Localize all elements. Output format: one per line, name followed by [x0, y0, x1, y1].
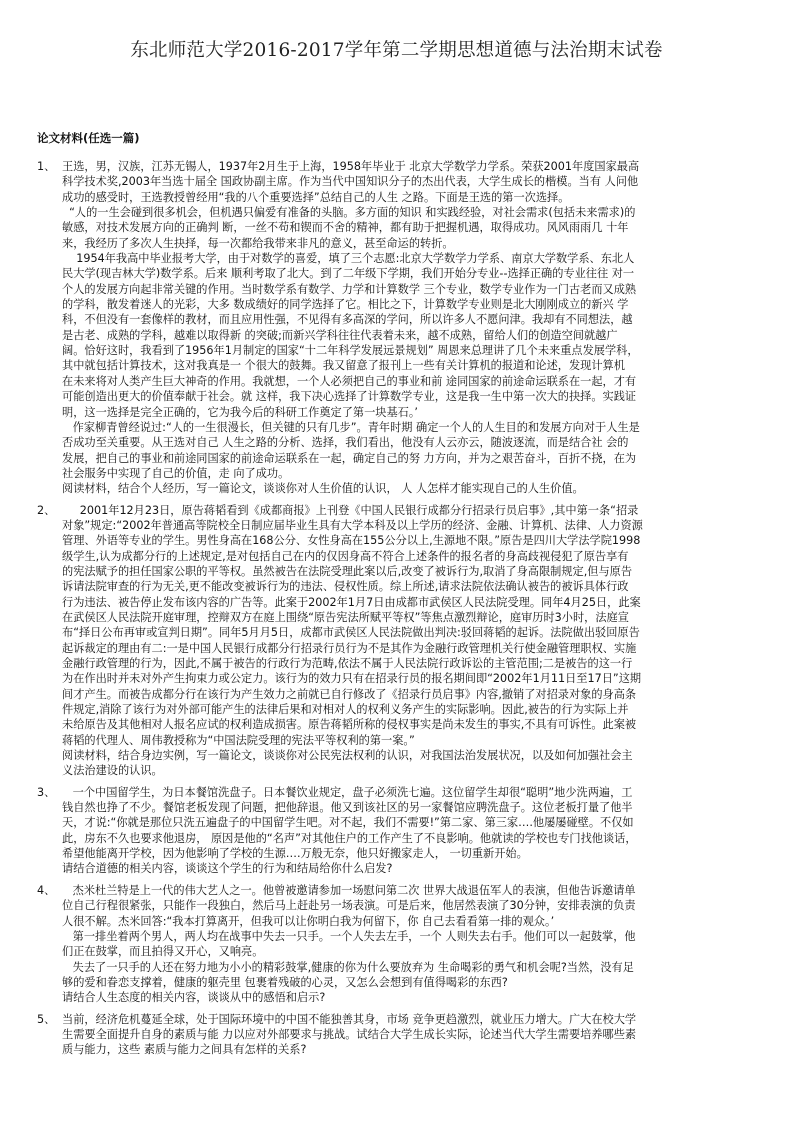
item-number: 2、: [37, 503, 55, 518]
text-line: 阅读材料，结合身边实例，写一篇论文，谈谈你对公民宪法权利的认识，对我国法治发展状…: [62, 748, 767, 763]
text-line: 起诉裁定的理由有二:一是中国人民银行成都分行招录行员行为不是其作为金融行政管理机…: [62, 641, 767, 656]
section-heading: 论文材料(任选一篇): [37, 130, 140, 146]
text-line: 件规定,消除了该行为对外部可能产生的法律后果和对相对人的权利义务产生的实际影响。…: [62, 702, 767, 717]
essay-material-item: 4、 杰米杜兰特是上一代的伟大艺人之一。他曾被邀请参加一场慰问第二次 世界大战退…: [37, 883, 767, 1006]
text-line: 布“择日公布再审或宣判日期”。同年5月月5日，成都市武侯区人民法院做出判决:驳回…: [62, 625, 767, 640]
text-line: 失去了一只手的人还在努力地为小小的精彩鼓掌,健康的你为什么要放弃为 生命喝彩的勇…: [62, 960, 767, 975]
text-line: 发展，把自己的事业和前途同国家的前途命运联系在一起，确定自己的努 力方向，并为之…: [62, 451, 767, 466]
text-line: 希望他能离开学校，因为他影响了学校的生源….万般无奈，他只好搬家走人， 一切重新…: [62, 846, 767, 861]
essay-material-item: 2、 2001年12月23日，原告蒋韬看到《成都商报》上刊登《中国人民银行成都分…: [37, 503, 767, 779]
text-line: 民大学(现吉林大学)数学系。后来 顺利考取了北大。到了二年级下学期，我们开始分专…: [62, 266, 767, 281]
text-line: 阅读材料，结合个人经历，写一篇论文，谈谈你对人生价值的认识， 人 人怎样才能实现…: [62, 481, 767, 496]
text-line: 行为违法、被告停止发布该内容的广告等。此案于2002年1月7日由成都市武侯区人民…: [62, 595, 767, 610]
text-line: 第一排坐着两个男人，两人均在战事中失去一只手。一个人失去左手，一个 人则失去右手…: [62, 929, 767, 944]
text-line: 否成功至关重要。从王选对自己 人生之路的分析、选择，我们看出，他没有人云亦云，随…: [62, 435, 767, 450]
text-line: 诉请法院审查的行为无关,更不能改变被诉行为的违法、侵权性质。综上所述,请求法院依…: [62, 579, 767, 594]
text-line: 天，才说:“你就是那位只洗五遍盘子的中国留学生吧。对不起，我们不需要!”第二家、…: [62, 815, 767, 830]
text-line: 生需要全面提升自身的素质与能 力以应对外部要求与挑战。试结合大学生成长实际，论述…: [62, 1027, 767, 1042]
text-line: 位自己行程很紧张，只能作一段独白，然后马上赶赴另一场表演。可是后来，他居然表演了…: [62, 898, 767, 913]
text-line: 1954年我高中毕业报考大学，由于对数学的喜爱，填了三个志愿:北京大学数学力学系…: [62, 251, 767, 266]
text-line: 作家柳青曾经说过:“人的一生很漫长，但关键的只有几步”。青年时期 确定一个人的人…: [62, 420, 767, 435]
text-line: 蒋韬的代理人、周伟教授称为“中国法院受理的宪法平等权利的第一案。”: [62, 733, 767, 748]
text-line: “人的一生会碰到很多机会，但机遇只偏爱有准备的头脑。多方面的知识 和实践经验，对…: [62, 205, 767, 220]
essay-material-item: 3、 一个中国留学生，为日本餐馆洗盘子。日本餐饮业规定，盘子必须洗七遍。这位留学…: [37, 785, 767, 877]
text-line: 未给原告及其他相对人报名应试的权利造成损害。原告蒋韬所称的侵权事实是尚未发生的事…: [62, 717, 767, 732]
text-line: 社会服务中实现了自己的价值，走 向了成功。: [62, 466, 767, 481]
text-line: 管理、外语等专业的学生。男性身高在168公分、女性身高在155公分以上,生源地不…: [62, 533, 767, 548]
essay-materials-list: 1、王选，男，汉族，江苏无锡人，1937年2月生于上海，1958年毕业于 北京大…: [37, 159, 767, 1064]
text-line: 义法治建设的认识。: [62, 763, 767, 778]
item-number: 5、: [37, 1012, 55, 1027]
text-line: 的学科，散发着迷人的光彩，大多 数成绩好的同学选择了它。相比之下，计算数学专业则…: [62, 297, 767, 312]
text-line: 阔。恰好这时，我看到了1956年1月制定的国家“十二年科学发展远景规划” 周恩来…: [62, 343, 767, 358]
text-line: 金融行政管理的行为，因此,不属于被告的行政行为范畴,依法不属于人民法院行政诉讼的…: [62, 656, 767, 671]
text-line: 此，房东不久也要求他退房， 原因是他的“名声”对其他住户的工作产生了不良影响。他…: [62, 831, 767, 846]
text-line: 请结合人生态度的相关内容，谈谈从中的感悟和启示?: [62, 990, 767, 1005]
text-line: 明，这一选择是完全正确的，它为我今后的科研工作奠定了第一块基石。’: [62, 405, 767, 420]
essay-material-item: 1、王选，男，汉族，江苏无锡人，1937年2月生于上海，1958年毕业于 北京大…: [37, 159, 767, 497]
text-line: 杰米杜兰特是上一代的伟大艺人之一。他曾被邀请参加一场慰问第二次 世界大战退伍军人…: [62, 883, 767, 898]
text-line: 科，不但没有一套像样的教材，而且应用性强，不见得有多高深的学问，所以许多人不愿问…: [62, 312, 767, 327]
text-line: 级学生,认为成都分行的上述规定,是对包括自己在内的仅因身高不符合上述条件的报名者…: [62, 549, 767, 564]
text-line: 对象”规定:“2002年普通高等院校全日制应届毕业生具有大学本科及以上学历的经济…: [62, 518, 767, 533]
essay-material-item: 5、当前，经济危机蔓延全球，处于国际环境中的中国不能独善其身，市场 竞争更趋激烈…: [37, 1012, 767, 1058]
text-line: 是古老、成熟的学科，越难以取得新 的突破;而新兴学科往往代表着未来，越不成熟，留…: [62, 328, 767, 343]
item-number: 4、: [37, 883, 55, 898]
text-line: 当前，经济危机蔓延全球，处于国际环境中的中国不能独善其身，市场 竞争更趋激烈，就…: [62, 1012, 767, 1027]
text-line: 个人的发展方向起非常关键的作用。当时数学系有数学、力学和计算数学 三个专业，数学…: [62, 282, 767, 297]
text-line: 们正在鼓掌，而且拍得又开心，又响亮。: [62, 944, 767, 959]
text-line: 请结合道德的相关内容，谈谈这个学生的行为和结局给你什么启发?: [62, 861, 767, 876]
text-line: 够的爱和眷恋支撑着，健康的躯壳里 包裹着残破的心灵，又怎么会想到有值得喝彩的东西…: [62, 975, 767, 990]
item-number: 1、: [37, 159, 55, 174]
text-line: 在武侯区人民法院开庭审理，控辩双方在庭上围绕“原告宪法所赋平等权”等焦点激烈辩论…: [62, 610, 767, 625]
text-line: 一个中国留学生，为日本餐馆洗盘子。日本餐饮业规定，盘子必须洗七遍。这位留学生却很…: [62, 785, 767, 800]
text-line: 来，我经历了多次人生抉择，每一次都给我带来非凡的意义，甚至命运的转折。: [62, 236, 767, 251]
text-line: 间才产生。而被告成都分行在该行为产生效力之前就已自行修改了《招录行员启事》内容,…: [62, 687, 767, 702]
text-line: 质与能力，这些 素质与能力之间具有怎样的关系?: [62, 1042, 767, 1057]
text-line: 钱自然也挣了不少。餐馆老板发现了问题，把他辞退。他又到该社区的另一家餐馆应聘洗盘…: [62, 800, 767, 815]
text-line: 科学技术奖,2003年当选十届全 国政协副主席。作为当代中国知识分子的杰出代表，…: [62, 174, 767, 189]
text-line: 其中就包括计算技术，这对我真是一 个很大的鼓舞。我又留意了报刊上一些有关计算机的…: [62, 358, 767, 373]
text-line: 2001年12月23日，原告蒋韬看到《成都商报》上刊登《中国人民银行成都分行招录…: [62, 503, 767, 518]
text-line: 的宪法赋予的担任国家公职的平等权。虽然被告在法院受理此案以后,改变了被诉行为,取…: [62, 564, 767, 579]
text-line: 为在作出时并未对外产生拘束力或公定力。该行为的效力只有在招录行员的报名期间即“2…: [62, 671, 767, 686]
text-line: 人很不解。杰米回答:“我本打算离开，但我可以让你明白我为何留下，你 自己去看看第…: [62, 914, 767, 929]
text-line: 成功的感受时，王选教授曾经用“我的八个重要选择”总结自己的人生 之路。下面是王选…: [62, 190, 767, 205]
text-line: 王选，男，汉族，江苏无锡人，1937年2月生于上海，1958年毕业于 北京大学数…: [62, 159, 767, 174]
item-number: 3、: [37, 785, 55, 800]
document-page: 东北师范大学2016-2017学年第二学期思想道德与法治期末试卷 论文材料(任选…: [0, 0, 793, 1122]
text-line: 在未来将对人类产生巨大神奇的作用。我就想，一个人必须把自己的事业和前 途同国家的…: [62, 374, 767, 389]
text-line: 敏感，对技术发展方向的正确判 断，一丝不苟和锲而不舍的精神，都有助于把握机遇，取…: [62, 220, 767, 235]
document-title: 东北师范大学2016-2017学年第二学期思想道德与法治期末试卷: [0, 36, 793, 62]
text-line: 可能创造出更大的价值奉献于社会。就 这样，我下决心选择了计算数学专业，这是我一生…: [62, 389, 767, 404]
